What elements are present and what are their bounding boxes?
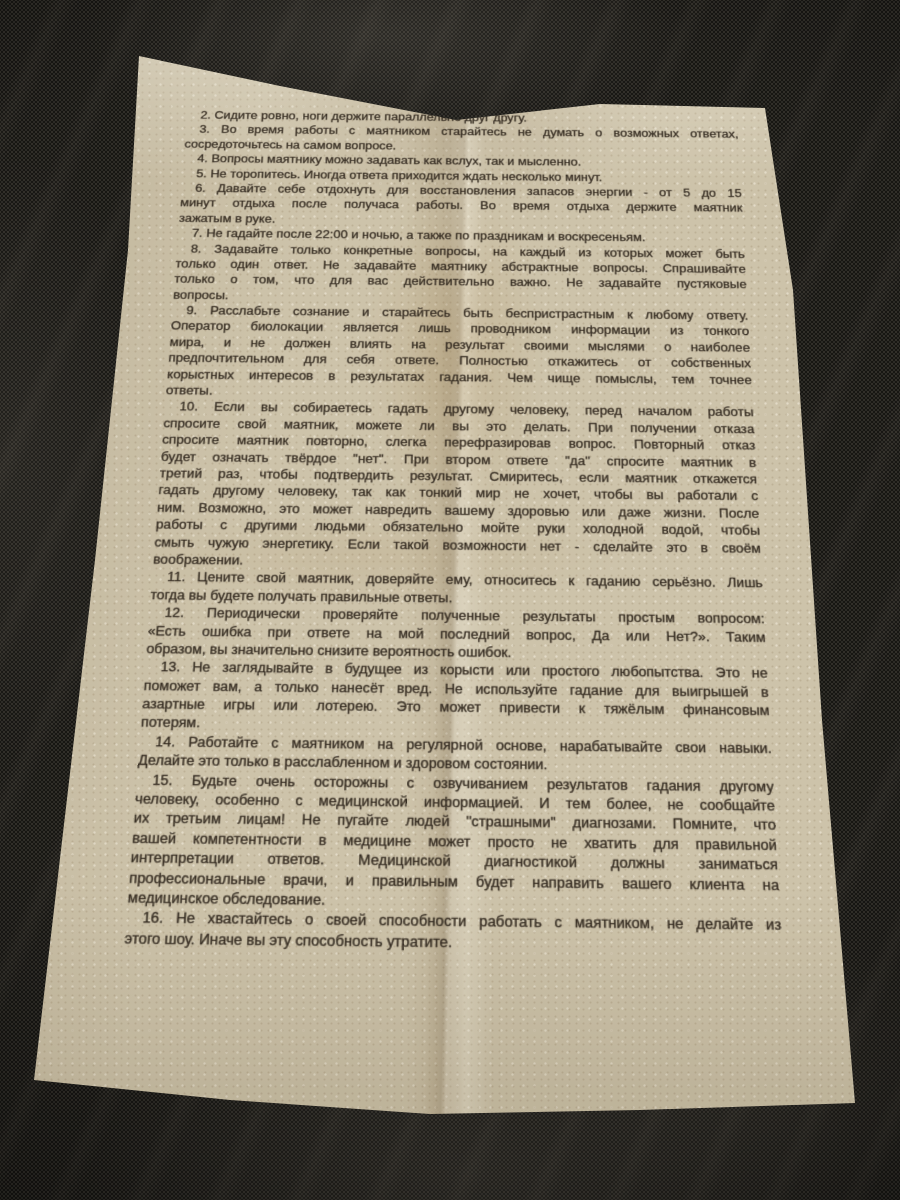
instruction-item-9: 9. Расслабьте сознание и старайтесь быть… xyxy=(165,302,753,404)
paper-sheet: 2. Сидите ровно, ноги держите параллельн… xyxy=(20,40,870,1130)
document-text: 2. Сидите ровно, ноги держите параллельн… xyxy=(123,108,783,966)
instruction-item-13: 13. Не заглядывайте в будущее из корысти… xyxy=(140,658,771,739)
instruction-item-12: 12. Периодически проверяйте полученные р… xyxy=(146,603,767,664)
instruction-item-6: 6. Давайте себе отдохнуть для восстановл… xyxy=(178,180,743,230)
instruction-item-8: 8. Задавайте только конкретные вопросы, … xyxy=(173,241,748,308)
instruction-item-15: 15. Будьте очень осторожны с озвучивание… xyxy=(127,770,781,915)
instruction-item-10: 10. Если вы собираетесь гадать другому ч… xyxy=(153,398,763,574)
instruction-item-14: 14. Работайте с маятником на регулярной … xyxy=(137,732,773,777)
instruction-item-16: 16. Не хвастайтесь о своей способности р… xyxy=(124,908,783,956)
photo-scene: 2. Сидите ровно, ноги держите параллельн… xyxy=(0,0,900,1200)
